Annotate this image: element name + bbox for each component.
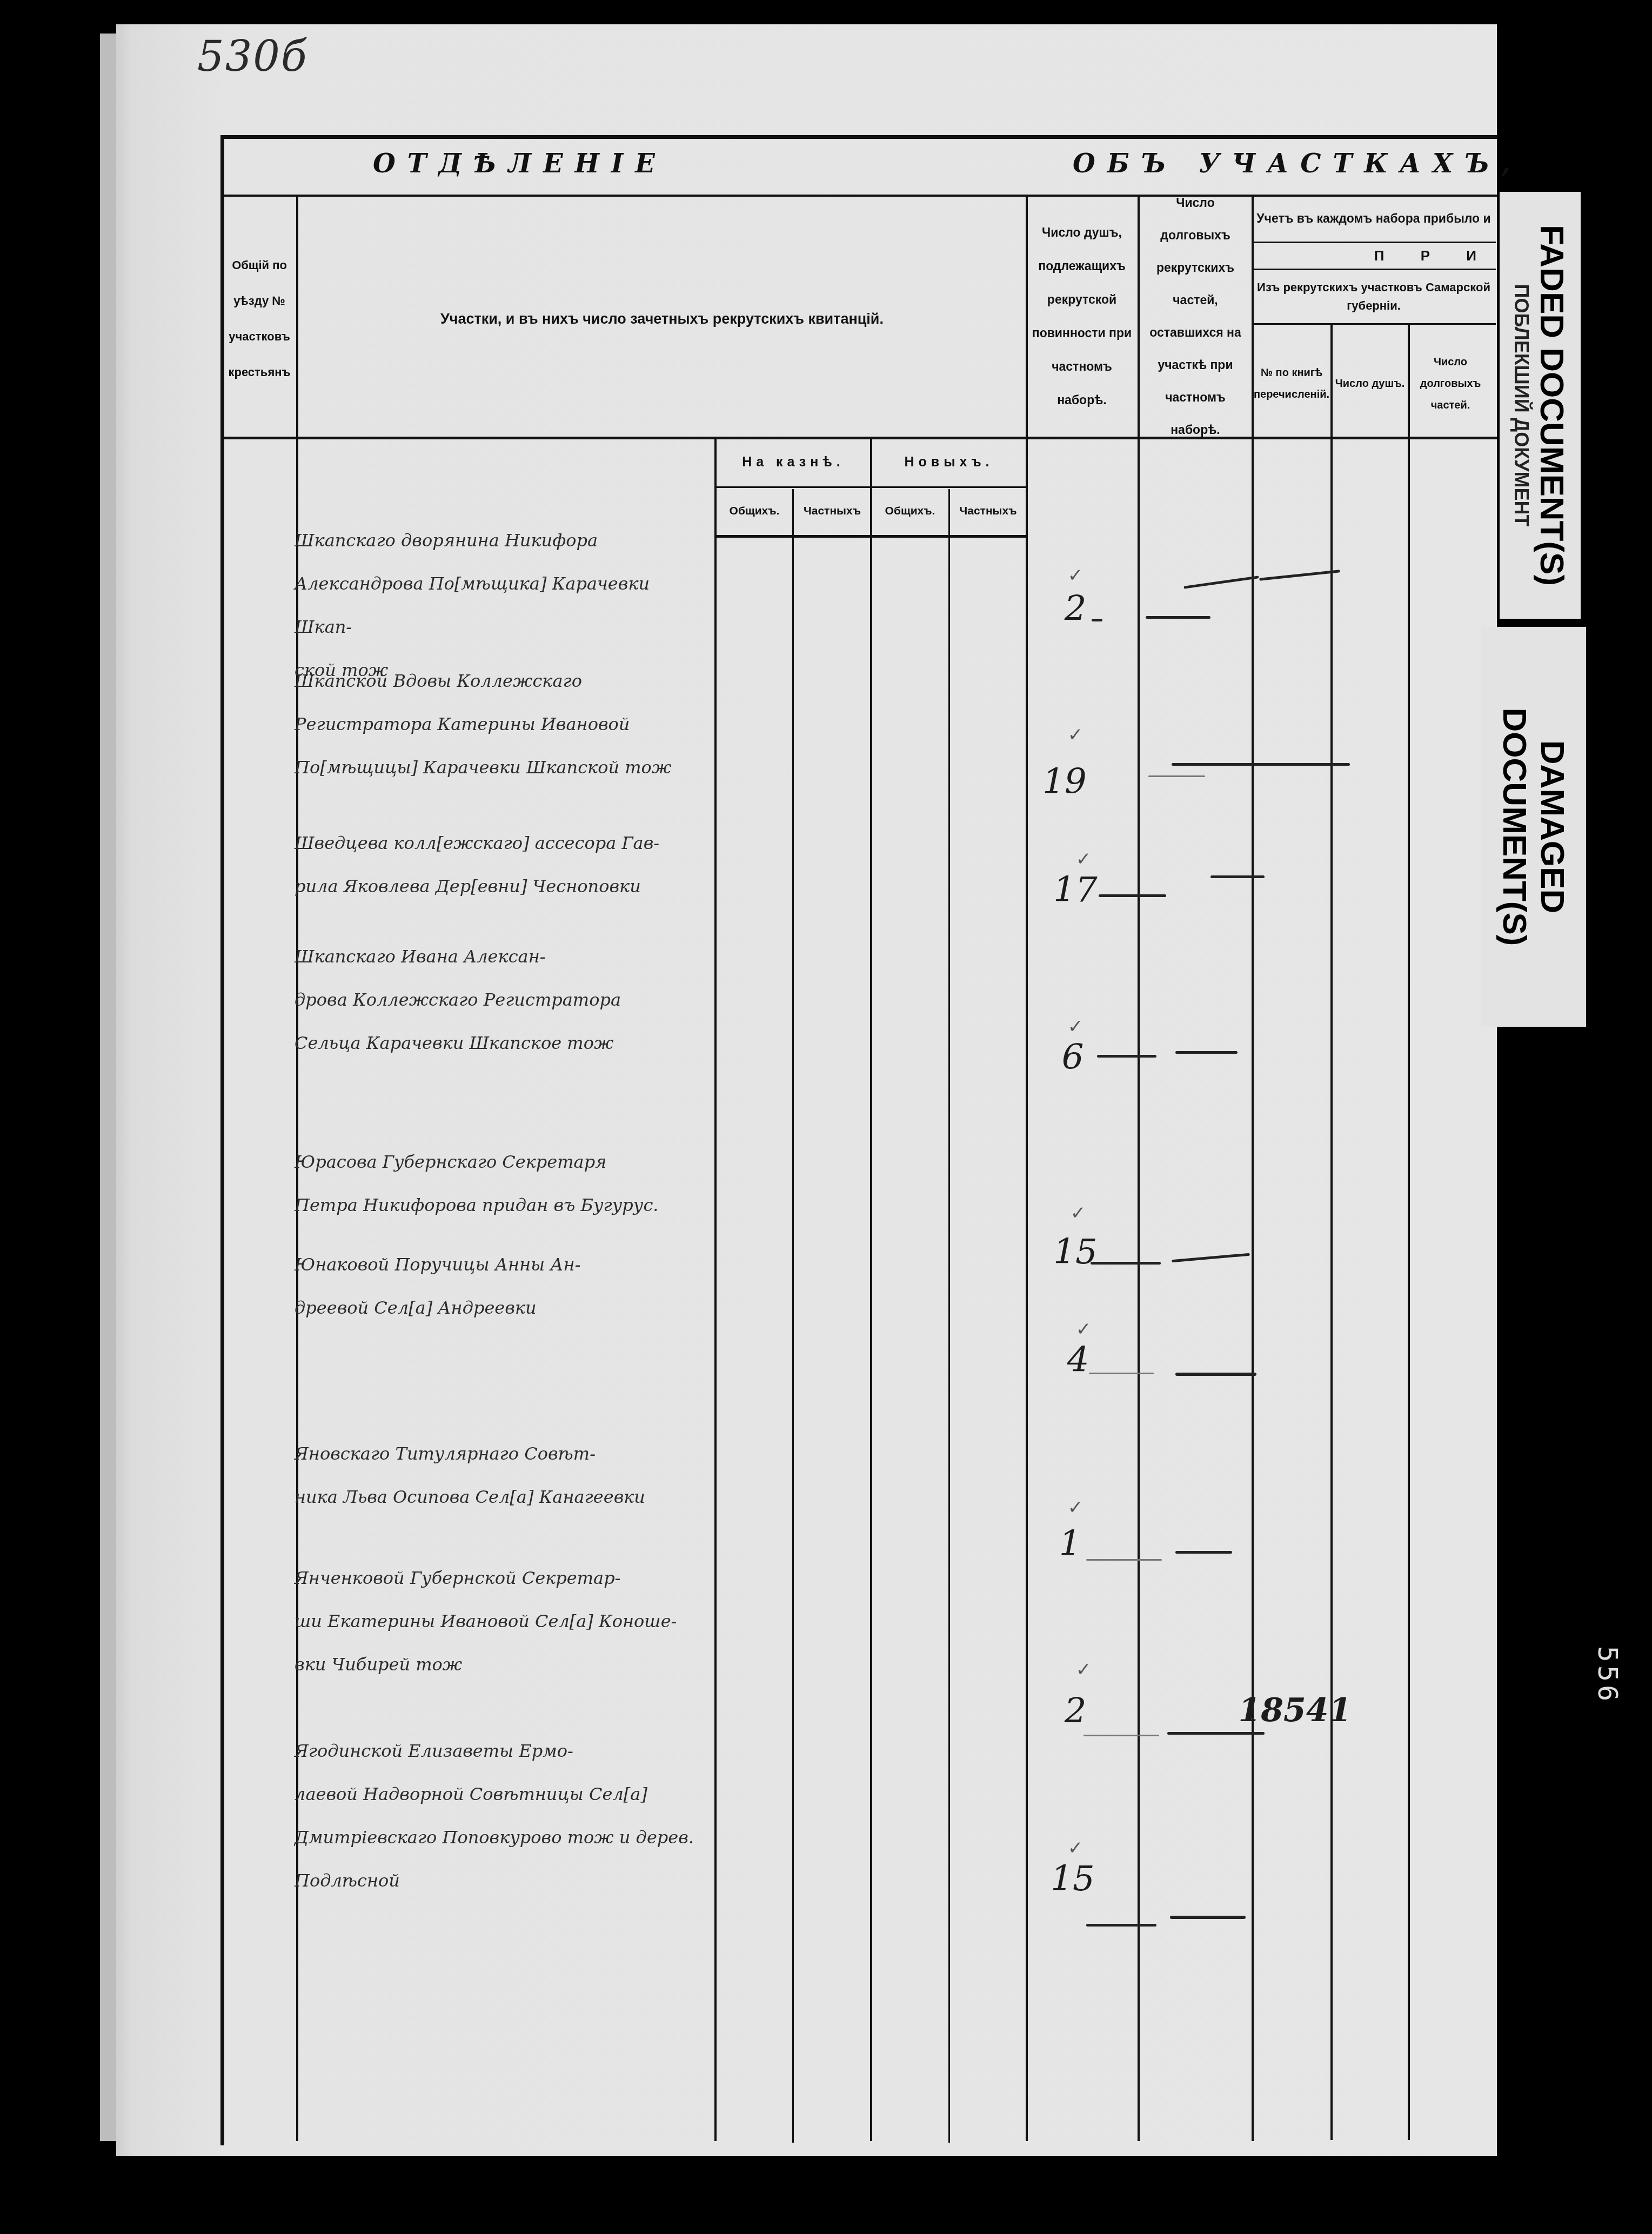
entry-9-line-2: ши Екатерины Ивановой Сел[а] Коноше- bbox=[295, 1600, 705, 1643]
header-chislo-dush: Число душъ, подлежащихъ рекрутской повин… bbox=[1028, 205, 1136, 427]
quit-divider-b bbox=[948, 489, 950, 2143]
faded-document-label: FADED DOCUMENT(S) ПОБЛЕКШИЙ ДОКУМЕНТ bbox=[1500, 192, 1581, 619]
entry-2-line-2: Регистратора Катерины Ивановой bbox=[295, 703, 705, 746]
souls-count-1: 2 bbox=[1027, 589, 1124, 629]
header-iz-rekrutskikh: Изъ рекрутскихъ участковъ Самарской губе… bbox=[1255, 271, 1493, 322]
col-divider-2 bbox=[1026, 196, 1028, 2141]
title-ob-uchastkakh: ОБЪ УЧАСТКАХЪ, bbox=[1073, 149, 1522, 179]
entry-4: Шкапскаго Ивана Алексан- дрова Коллежска… bbox=[295, 935, 705, 1065]
title-otdelenie: ОТДѢЛЕНІЕ bbox=[373, 149, 667, 179]
debt-dash bbox=[1148, 775, 1205, 777]
debt-dash bbox=[1091, 1262, 1161, 1265]
header-chislo-dolgovykh-2: Число долговыхъ частей. bbox=[1410, 335, 1491, 432]
souls-count-3: 17 bbox=[1027, 870, 1124, 910]
page-fold-edge bbox=[100, 34, 116, 2141]
entry-8-line-2: ника Льва Осипова Сел[а] Канагеевки bbox=[295, 1475, 705, 1519]
quit-sub-rule bbox=[716, 486, 1026, 488]
book-dash bbox=[1210, 875, 1265, 878]
souls-count-10: 15 bbox=[1024, 1859, 1121, 1899]
check-mark-icon: ✓ bbox=[1059, 1497, 1092, 1519]
entry-2-line-1: Шкапской Вдовы Коллежскаго bbox=[295, 659, 705, 703]
book-dash bbox=[1172, 763, 1350, 766]
souls-count-8: 1 bbox=[1021, 1524, 1119, 1564]
frame-number-text: 556 bbox=[1592, 1646, 1623, 1704]
col-divider-5 bbox=[1330, 324, 1333, 2140]
check-mark-icon: ✓ bbox=[1067, 848, 1100, 870]
entry-8: Яновскаго Титулярнаго Совѣт- ника Льва О… bbox=[295, 1432, 705, 1519]
damaged-label-line-2: DOCUMENT(S) bbox=[1496, 708, 1534, 946]
book-dash bbox=[1175, 1051, 1238, 1054]
entry-5: Юрасова Губернскаго Секретаря Петра Ники… bbox=[295, 1140, 705, 1227]
entry-3-line-1: Шведцева колл[ежскаго] ассесора Гав- bbox=[295, 821, 705, 865]
book-dash bbox=[1175, 1551, 1232, 1554]
entry-4-line-1: Шкапскаго Ивана Алексан- bbox=[295, 935, 705, 978]
quit-divider-mid bbox=[870, 439, 872, 2141]
header-obshchikh-1: Общихъ. bbox=[717, 489, 792, 533]
header-uchet: Учетъ въ каждомъ набора прибыло и bbox=[1255, 196, 1493, 241]
header-chastnykh-1: Частныхъ bbox=[794, 489, 870, 533]
header-obshchii-po-uezdu: Общій по уѣзду № участковъ крестьянъ bbox=[223, 227, 296, 411]
book-souls-1: 1 bbox=[1308, 1691, 1373, 1729]
debt-dash bbox=[1092, 619, 1102, 621]
check-mark-icon: ✓ bbox=[1062, 1202, 1094, 1224]
debt-dash bbox=[1099, 894, 1166, 897]
book-dash bbox=[1170, 1916, 1246, 1919]
entry-4-line-3: Сельца Карачевки Шкапское тож bbox=[295, 1021, 705, 1065]
frame-number: 556 bbox=[1581, 1616, 1635, 1735]
entry-9-line-3: вки Чибирей тож bbox=[295, 1643, 705, 1686]
header-chislo-dolgovykh: Число долговыхъ рекрутскихъ частей, оста… bbox=[1140, 205, 1250, 427]
uchet-rule-3 bbox=[1253, 323, 1496, 325]
quit-divider-left bbox=[714, 439, 717, 2141]
entry-3-line-2: рила Яковлева Дер[евни] Чесноповки bbox=[295, 865, 705, 908]
col-divider-4 bbox=[1252, 196, 1254, 2141]
col-divider-6 bbox=[1408, 324, 1410, 2140]
entry-6: Юнаковой Поручицы Анны Ан- дреевой Сел[а… bbox=[295, 1243, 705, 1329]
entry-5-line-2: Петра Никифорова придан въ Бугурус. bbox=[295, 1183, 705, 1227]
table-left-border bbox=[220, 135, 224, 2145]
debt-dash bbox=[1086, 1559, 1162, 1561]
quit-divider-a bbox=[792, 489, 794, 2143]
check-mark-icon: ✓ bbox=[1059, 724, 1092, 746]
entry-1-line-1: Шкапскаго дворянина Никифора bbox=[295, 519, 705, 562]
souls-count-6: 15 bbox=[1027, 1232, 1124, 1272]
faded-label-ru: ПОБЛЕКШИЙ ДОКУМЕНТ bbox=[1510, 225, 1533, 586]
entry-6-line-1: Юнаковой Поручицы Анны Ан- bbox=[295, 1243, 705, 1286]
entry-10: Ягодинской Елизаветы Ермо- лаевой Надвор… bbox=[295, 1729, 705, 1902]
header-nomer-po-knige: № по книгѣ перечисленій. bbox=[1254, 335, 1329, 432]
damaged-document-label: DAMAGED DOCUMENT(S) bbox=[1481, 627, 1586, 1027]
entry-5-line-1: Юрасова Губернскаго Секретаря bbox=[295, 1140, 705, 1183]
check-mark-icon: ✓ bbox=[1059, 565, 1092, 586]
header-chastnykh-2: Частныхъ bbox=[951, 489, 1026, 533]
faded-label-text: FADED DOCUMENT(S) ПОБЛЕКШИЙ ДОКУМЕНТ bbox=[1510, 225, 1570, 586]
book-dash bbox=[1175, 1373, 1256, 1376]
souls-count-2: 19 bbox=[1016, 762, 1113, 802]
entry-9-line-1: Янченковой Губернской Секретар- bbox=[295, 1556, 705, 1600]
header-uchastki: Участки, и въ нихъ число зачетныхъ рекру… bbox=[303, 292, 1021, 346]
entry-2-line-3: По[мѣщицы] Карачевки Шкапской тож bbox=[295, 746, 705, 789]
debt-dash bbox=[1084, 1735, 1159, 1736]
entry-4-line-2: дрова Коллежскаго Регистратора bbox=[295, 978, 705, 1021]
header-chislo-dush-2: Число душъ. bbox=[1333, 335, 1407, 432]
entry-10-line-4: Подлѣсной bbox=[295, 1859, 705, 1902]
header-obshchikh-2: Общихъ. bbox=[872, 489, 948, 533]
debt-dash bbox=[1089, 1373, 1154, 1374]
header-pri: П Р И bbox=[1255, 243, 1493, 268]
col-divider-3 bbox=[1138, 196, 1140, 2141]
check-mark-icon: ✓ bbox=[1059, 1837, 1092, 1859]
entry-10-line-2: лаевой Надворной Совѣтницы Сел[а] bbox=[295, 1773, 705, 1816]
souls-count-9: 2 bbox=[1027, 1691, 1124, 1731]
entry-1-line-2: Александрова По[мѣщика] Карачевки Шкап- bbox=[295, 562, 705, 648]
entry-3: Шведцева колл[ежскаго] ассесора Гав- рил… bbox=[295, 821, 705, 908]
debt-dash bbox=[1086, 1924, 1156, 1927]
damaged-label-text: DAMAGED DOCUMENT(S) bbox=[1496, 708, 1571, 946]
entry-2: Шкапской Вдовы Коллежскаго Регистратора … bbox=[295, 659, 705, 789]
quit-sub-bottom bbox=[716, 535, 1026, 538]
check-mark-icon: ✓ bbox=[1067, 1319, 1100, 1340]
table-top-border bbox=[220, 135, 1497, 139]
faded-label-en: FADED DOCUMENT(S) bbox=[1533, 225, 1570, 586]
header-novykh: Новыхъ. bbox=[872, 440, 1026, 484]
folio-number: 530б bbox=[197, 32, 308, 81]
damaged-label-line-1: DAMAGED bbox=[1534, 708, 1571, 946]
header-bottom-border bbox=[224, 437, 1497, 439]
entry-6-line-2: дреевой Сел[а] Андреевки bbox=[295, 1286, 705, 1329]
debt-dash bbox=[1146, 616, 1210, 619]
entry-10-line-3: Дмитріевскаго Поповкурово тож и дерев. bbox=[295, 1816, 705, 1859]
check-mark-icon: ✓ bbox=[1059, 1016, 1092, 1038]
check-mark-icon: ✓ bbox=[1067, 1659, 1100, 1681]
entry-10-line-1: Ягодинской Елизаветы Ермо- bbox=[295, 1729, 705, 1773]
debt-dash bbox=[1097, 1055, 1156, 1058]
header-na-kazne: На казнѣ. bbox=[717, 440, 870, 484]
book-dash bbox=[1167, 1732, 1265, 1735]
entry-9: Янченковой Губернской Секретар- ши Екате… bbox=[295, 1556, 705, 1686]
entry-8-line-1: Яновскаго Титулярнаго Совѣт- bbox=[295, 1432, 705, 1475]
souls-count-4: 6 bbox=[1024, 1038, 1121, 1078]
